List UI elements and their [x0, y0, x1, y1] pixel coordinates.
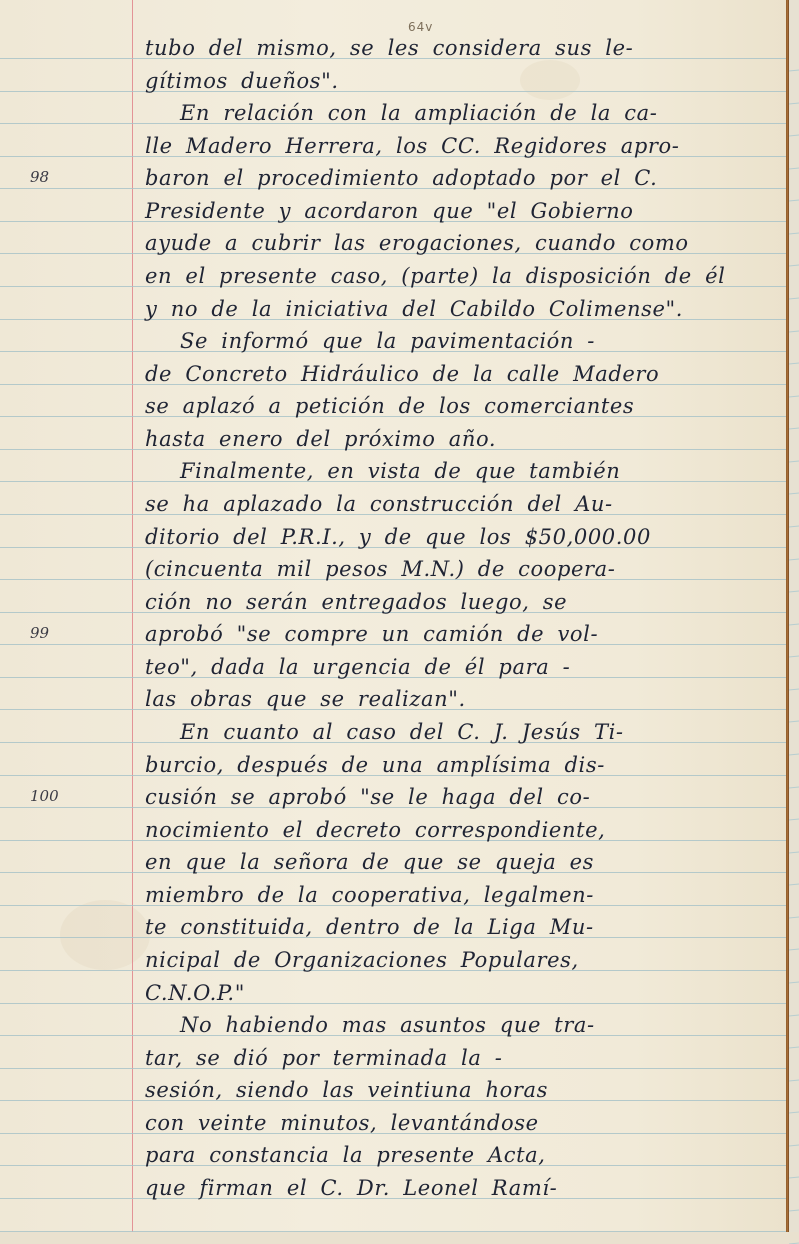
handwritten-line: Presidente y acordaron que "el Gobierno — [145, 199, 785, 223]
handwritten-line: miembro de la cooperativa, legalmen- — [145, 883, 785, 907]
handwritten-line: aprobó "se compre un camión de vol- — [145, 622, 785, 646]
handwritten-line: con veinte minutos, levantándose — [145, 1111, 785, 1135]
ruled-line — [0, 1231, 788, 1232]
paper-stain — [60, 900, 150, 970]
handwritten-line: ayude a cubrir las erogaciones, cuando c… — [145, 231, 785, 255]
handwritten-line: se aplazó a petición de los comerciantes — [145, 394, 785, 418]
handwritten-line: En cuanto al caso del C. J. Jesús Ti- — [180, 720, 788, 744]
handwritten-line: hasta enero del próximo año. — [145, 427, 785, 451]
handwritten-line: tar, se dió por terminada la - — [145, 1046, 785, 1070]
handwritten-line: nicipal de Organizaciones Populares, — [145, 948, 785, 972]
margin-entry-number: 99 — [30, 624, 49, 642]
handwritten-line: burcio, después de una amplísima dis- — [145, 753, 785, 777]
handwritten-line: (cincuenta mil pesos M.N.) de coopera- — [145, 557, 785, 581]
margin-entry-number: 100 — [30, 787, 59, 805]
handwritten-line: para constancia la presente Acta, — [145, 1143, 785, 1167]
handwritten-line: ditorio del P.R.I., y de que los $50,000… — [145, 525, 785, 549]
margin-entry-number: 98 — [30, 168, 49, 186]
handwritten-line: las obras que se realizan". — [145, 687, 785, 711]
handwritten-line: lle Madero Herrera, los CC. Regidores ap… — [145, 134, 785, 158]
handwritten-line: C.N.O.P." — [145, 981, 785, 1005]
handwritten-line: y no de la iniciativa del Cabildo Colime… — [145, 297, 785, 321]
handwritten-line: tubo del mismo, se les considera sus le- — [145, 36, 785, 60]
handwritten-line: que firman el C. Dr. Leonel Ramí- — [145, 1176, 785, 1200]
handwritten-line: en que la señora de que se queja es — [145, 850, 785, 874]
folio-number: 64v — [408, 20, 433, 34]
handwritten-line: Se informó que la pavimentación - — [180, 329, 788, 353]
handwritten-line: En relación con la ampliación de la ca- — [180, 101, 788, 125]
handwritten-line: No habiendo mas asuntos que tra- — [180, 1013, 788, 1037]
handwritten-line: baron el procedimiento adoptado por el C… — [145, 166, 785, 190]
handwritten-line: de Concreto Hidráulico de la calle Mader… — [145, 362, 785, 386]
handwritten-line: teo", dada la urgencia de él para - — [145, 655, 785, 679]
handwritten-line: cusión se aprobó "se le haga del co- — [145, 785, 785, 809]
handwritten-line: sesión, siendo las veintiuna horas — [145, 1078, 785, 1102]
handwritten-line: Finalmente, en vista de que también — [180, 459, 788, 483]
handwritten-line: te constituida, dentro de la Liga Mu- — [145, 915, 785, 939]
handwritten-line: nocimiento el decreto correspondiente, — [145, 818, 785, 842]
handwritten-line: gítimos dueños". — [145, 69, 785, 93]
handwritten-line: en el presente caso, (parte) la disposic… — [145, 264, 785, 288]
handwritten-line: ción no serán entregados luego, se — [145, 590, 785, 614]
red-margin-line — [132, 0, 133, 1232]
handwritten-line: se ha aplazado la construcción del Au- — [145, 492, 785, 516]
ledger-page: 64v tubo del mismo, se les considera sus… — [0, 0, 788, 1232]
